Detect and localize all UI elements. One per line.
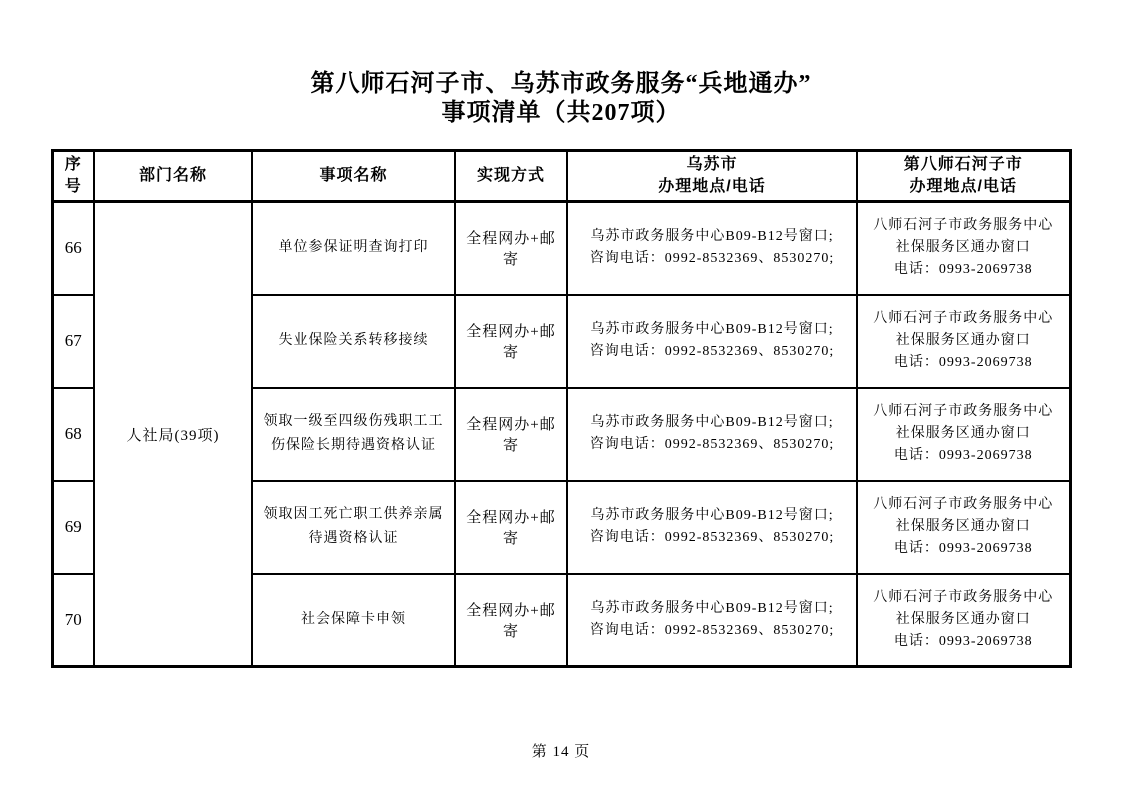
row-index: 66 <box>52 202 94 295</box>
wusu-contact-cell: 乌苏市政务服务中心B09-B12号窗口; 咨询电话：0992-8532369、8… <box>567 295 857 388</box>
method-cell: 全程网办+邮寄 <box>455 574 567 667</box>
header-shihezi-line2: 办理地点/电话 <box>862 176 1065 198</box>
wusu-contact-cell: 乌苏市政务服务中心B09-B12号窗口; 咨询电话：0992-8532369、8… <box>567 574 857 667</box>
header-wusu-line2: 办理地点/电话 <box>572 176 852 198</box>
header-index: 序号 <box>52 151 94 202</box>
row-index: 67 <box>52 295 94 388</box>
document-title: 第八师石河子市、乌苏市政务服务“兵地通办” 事项清单（共207项） <box>0 0 1122 128</box>
shihezi-contact-cell: 八师石河子市政务服务中心 社保服务区通办窗口 电话：0993-2069738 <box>857 481 1070 574</box>
table-row: 66 人社局(39项) 单位参保证明查询打印 全程网办+邮寄 乌苏市政务服务中心… <box>52 202 1070 295</box>
wusu-contact-cell: 乌苏市政务服务中心B09-B12号窗口; 咨询电话：0992-8532369、8… <box>567 388 857 481</box>
method-cell: 全程网办+邮寄 <box>455 202 567 295</box>
department-cell: 人社局(39项) <box>94 202 252 667</box>
document-title-line2: 事项清单（共207项） <box>0 99 1122 128</box>
page-number: 第 14 页 <box>0 740 1122 761</box>
header-shihezi: 第八师石河子市 办理地点/电话 <box>857 151 1070 202</box>
header-department: 部门名称 <box>94 151 252 202</box>
header-wusu-line1: 乌苏市 <box>572 154 852 176</box>
header-method: 实现方式 <box>455 151 567 202</box>
shihezi-contact-cell: 八师石河子市政务服务中心 社保服务区通办窗口 电话：0993-2069738 <box>857 202 1070 295</box>
wusu-contact-cell: 乌苏市政务服务中心B09-B12号窗口; 咨询电话：0992-8532369、8… <box>567 202 857 295</box>
row-index: 70 <box>52 574 94 667</box>
header-wusu: 乌苏市 办理地点/电话 <box>567 151 857 202</box>
document-title-line1: 第八师石河子市、乌苏市政务服务“兵地通办” <box>0 70 1122 99</box>
header-item: 事项名称 <box>252 151 455 202</box>
item-name-cell: 领取因工死亡职工供养亲属待遇资格认证 <box>252 481 455 574</box>
shihezi-contact-cell: 八师石河子市政务服务中心 社保服务区通办窗口 电话：0993-2069738 <box>857 388 1070 481</box>
row-index: 68 <box>52 388 94 481</box>
wusu-contact-cell: 乌苏市政务服务中心B09-B12号窗口; 咨询电话：0992-8532369、8… <box>567 481 857 574</box>
document-page: 第八师石河子市、乌苏市政务服务“兵地通办” 事项清单（共207项） 序号 部门名… <box>0 0 1122 793</box>
row-index: 69 <box>52 481 94 574</box>
table-header-row: 序号 部门名称 事项名称 实现方式 乌苏市 办理地点/电话 第八师石河子市 办理… <box>52 151 1070 202</box>
shihezi-contact-cell: 八师石河子市政务服务中心 社保服务区通办窗口 电话：0993-2069738 <box>857 574 1070 667</box>
item-name-cell: 社会保障卡申领 <box>252 574 455 667</box>
method-cell: 全程网办+邮寄 <box>455 295 567 388</box>
header-shihezi-line1: 第八师石河子市 <box>862 154 1065 176</box>
service-items-table: 序号 部门名称 事项名称 实现方式 乌苏市 办理地点/电话 第八师石河子市 办理… <box>51 149 1072 668</box>
item-name-cell: 失业保险关系转移接续 <box>252 295 455 388</box>
method-cell: 全程网办+邮寄 <box>455 388 567 481</box>
item-name-cell: 领取一级至四级伤残职工工伤保险长期待遇资格认证 <box>252 388 455 481</box>
shihezi-contact-cell: 八师石河子市政务服务中心 社保服务区通办窗口 电话：0993-2069738 <box>857 295 1070 388</box>
item-name-cell: 单位参保证明查询打印 <box>252 202 455 295</box>
method-cell: 全程网办+邮寄 <box>455 481 567 574</box>
